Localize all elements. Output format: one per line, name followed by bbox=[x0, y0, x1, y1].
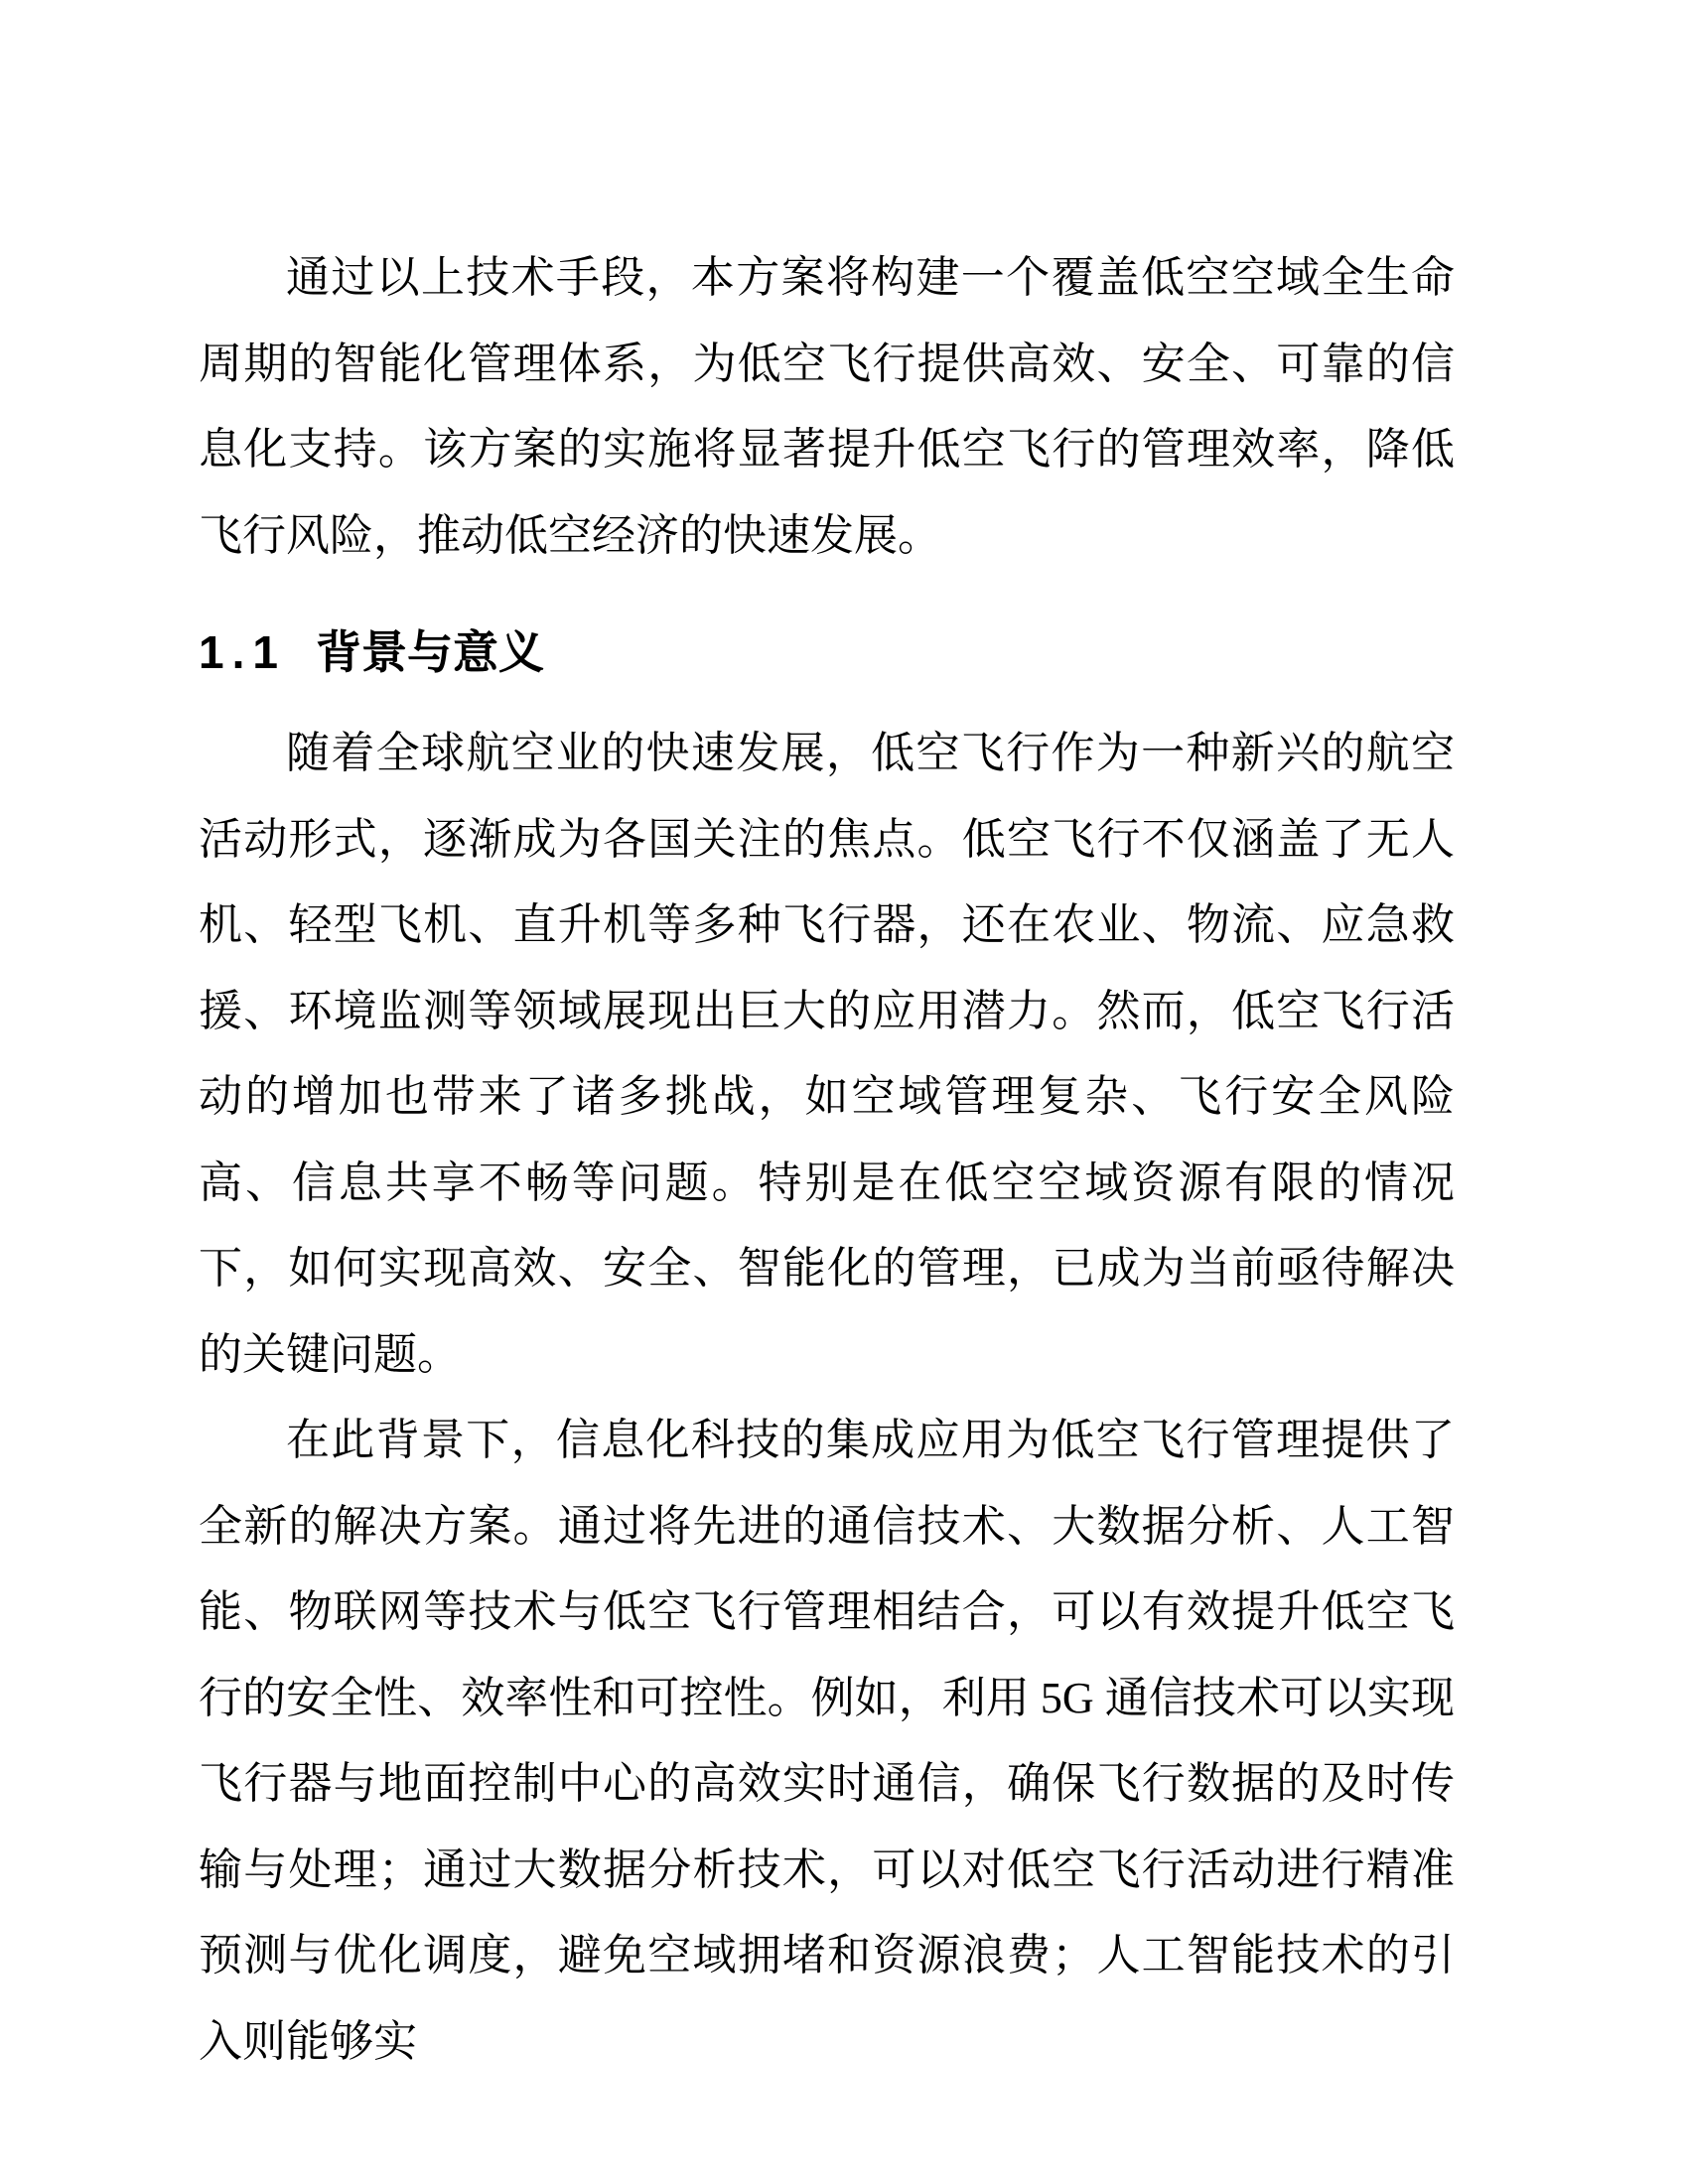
paragraph-background: 随着全球航空业的快速发展，低空飞行作为一种新兴的航空活动形式，逐渐成为各国关注的… bbox=[199, 711, 1455, 1398]
section-heading: 1.1背景与意义 bbox=[199, 620, 1455, 684]
paragraph-solution: 在此背景下，信息化科技的集成应用为低空飞行管理提供了全新的解决方案。通过将先进的… bbox=[199, 1398, 1455, 2085]
section-heading-number: 1.1 bbox=[199, 626, 286, 678]
section-heading-title: 背景与意义 bbox=[316, 626, 544, 678]
paragraph-summary: 通过以上技术手段，本方案将构建一个覆盖低空空域全生命周期的智能化管理体系，为低空… bbox=[199, 235, 1455, 579]
document-page: 通过以上技术手段，本方案将构建一个覆盖低空空域全生命周期的智能化管理体系，为低空… bbox=[0, 0, 1688, 2184]
document-text-block: 通过以上技术手段，本方案将构建一个覆盖低空空域全生命周期的智能化管理体系，为低空… bbox=[199, 0, 1455, 2085]
